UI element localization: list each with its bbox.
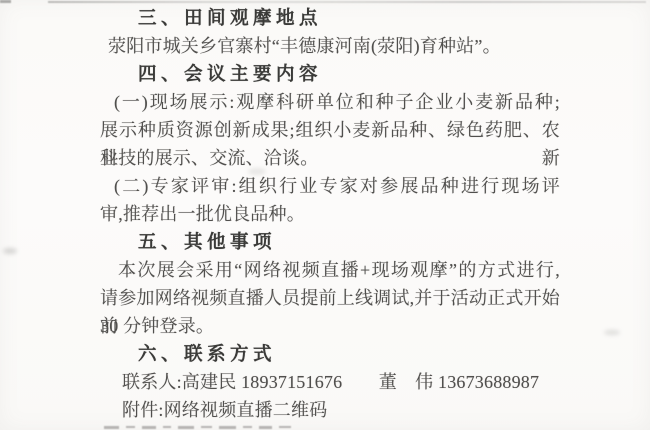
scanned-document-page: 三、田间观摩地点 荥阳市城关乡官寨村“丰德康河南(荥阳)育种站”。 四、会议主要…	[0, 0, 650, 430]
scan-smudge	[3, 248, 17, 254]
section-heading-meeting-content: 四、会议主要内容	[100, 60, 560, 88]
doc-line-location: 荥阳市城关乡官寨村“丰德康河南(荥阳)育种站”。	[100, 32, 560, 60]
doc-line-contacts: 联系人:高建民 18937151676 董 伟 13673688987	[100, 368, 560, 396]
section-heading-contact-info: 六、联系方式	[100, 340, 560, 368]
scan-artifact-corner-dash	[0, 0, 11, 3]
section-heading-other-matters: 五、其他事项	[100, 228, 560, 256]
doc-line-item1-start: (一)现场展示:观摩科研单位和种子企业小麦新品种;	[100, 88, 560, 116]
doc-line-item2-start: (二)专家评审:组织行业专家对参展品种进行现场评	[100, 172, 560, 200]
doc-line-item1-cont: 展示种质资源创新成果;组织小麦新品种、绿色药肥、农业新	[100, 116, 560, 144]
scan-smudge	[604, 330, 620, 335]
scan-artifact-top-line	[48, 1, 646, 3]
scan-artifact-cutoff-next-line	[104, 426, 291, 429]
section-heading-field-visit-location: 三、田间观摩地点	[100, 4, 560, 32]
doc-line-other-end: 30 分钟登录。	[100, 312, 560, 340]
document-text-block: 三、田间观摩地点 荥阳市城关乡官寨村“丰德康河南(荥阳)育种站”。 四、会议主要…	[100, 4, 560, 424]
doc-line-other-cont: 请参加网络视频直播人员提前上线调试,并于活动正式开始前	[100, 284, 560, 312]
doc-line-other-start: 本次展会采用“网络视频直播+现场观摩”的方式进行,	[100, 256, 560, 284]
doc-line-attachment: 附件:网络视频直播二维码	[100, 396, 560, 424]
doc-line-item2-end: 审,推荐出一批优良品种。	[100, 200, 560, 228]
